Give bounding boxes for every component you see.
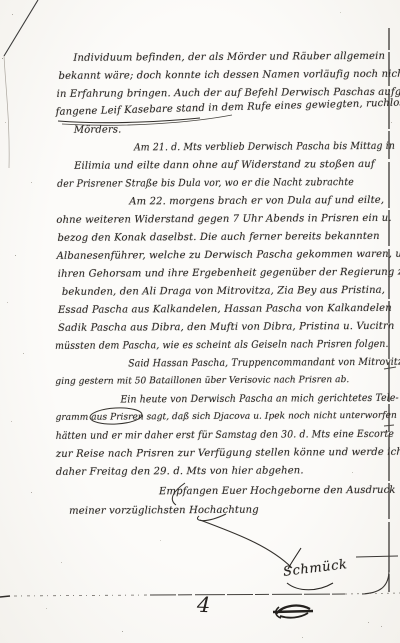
manuscript-line: Said Hassan Pascha, Truppencommandant vo… <box>128 357 400 370</box>
manuscript-line: Eilimia und eilte dann ohne auf Widersta… <box>74 159 375 172</box>
manuscript-line: der Prisrener Straße bis Dula vor, wo er… <box>57 177 354 190</box>
manuscript-line: Am 21. d. Mts verblieb Derwisch Pascha b… <box>134 141 395 154</box>
manuscript-line: fangene Leif Kasebare stand in dem Rufe … <box>56 97 400 118</box>
manuscript-line: ihren Gehorsam und ihre Ergebenheit gege… <box>58 267 400 281</box>
manuscript-line: bezog den Konak daselbst. Die auch ferne… <box>57 231 379 244</box>
manuscript-line: bekannt wäre; doch konnte ich dessen Nam… <box>58 69 400 83</box>
manuscript-line: Mörders. <box>74 124 122 136</box>
manuscript-text: Individuum befinden, der als Mörder und … <box>0 0 400 643</box>
manuscript-line: ging gestern mit 50 Bataillonen über Ver… <box>55 375 349 387</box>
manuscript-line: daher Freitag den 29. d. Mts von hier ab… <box>56 465 304 478</box>
manuscript-line: Individuum befinden, der als Mörder und … <box>73 51 385 64</box>
manuscript-line: bekunden, den Ali Draga von Mitrovitza, … <box>62 285 385 298</box>
manuscript-line: Albanesenführer, welche zu Derwisch Pasc… <box>57 249 400 263</box>
manuscript-line: gramm aus Prisren sagt, daß sich Djacova… <box>56 411 397 423</box>
manuscript-line: hätten und er mir daher erst für Samstag… <box>56 429 394 443</box>
manuscript-page: Individuum befinden, der als Mörder und … <box>0 0 400 643</box>
manuscript-line: meiner vorzüglichsten Hochachtung <box>69 505 259 518</box>
manuscript-line: ohne weiteren Widerstand gegen 7 Uhr Abe… <box>56 213 391 227</box>
manuscript-line: Essad Pascha aus Kalkandelen, Hassan Pas… <box>58 303 392 317</box>
manuscript-line: Ein heute von Derwisch Pascha an mich ge… <box>120 393 398 406</box>
page-number: 4 <box>197 595 211 616</box>
manuscript-line: müssten dem Pascha, wie es scheint als G… <box>55 339 389 353</box>
manuscript-line: Sadik Pascha aus Dibra, den Mufti von Di… <box>58 321 395 335</box>
manuscript-line: Am 22. morgens brach er von Dula auf und… <box>129 195 384 208</box>
manuscript-line: zur Reise nach Prisren zur Verfügung ste… <box>56 447 400 461</box>
manuscript-line: Empfangen Euer Hochgeborne den Ausdruck <box>159 485 396 498</box>
